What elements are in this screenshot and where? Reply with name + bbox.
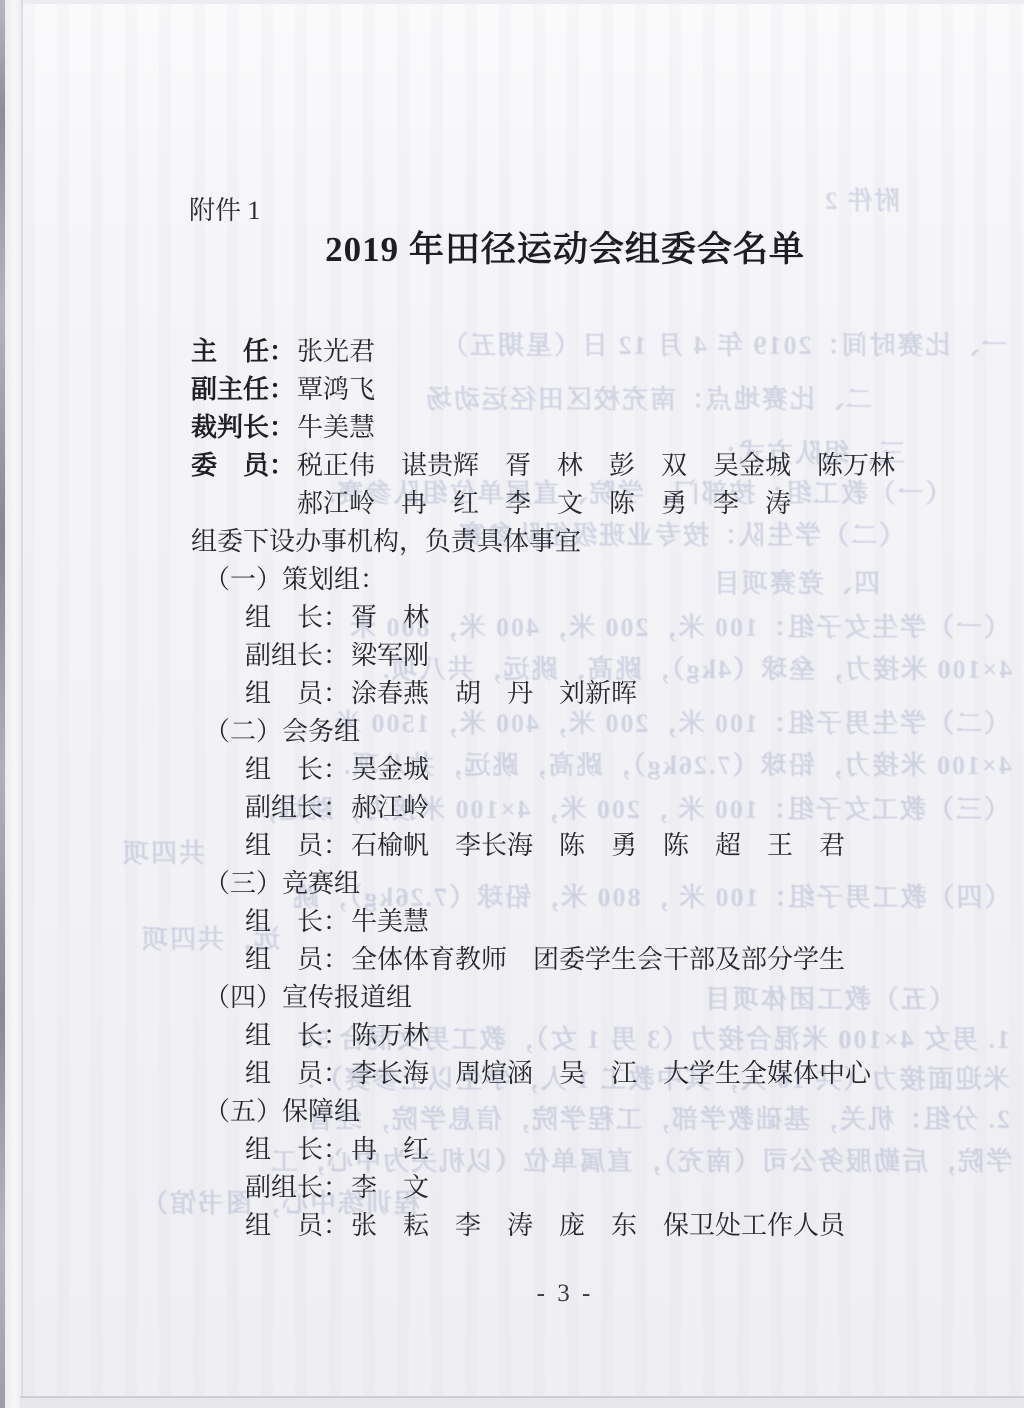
official-row: 副主任：覃鸿飞 (191, 371, 981, 409)
group-members: 胥 林 (351, 603, 429, 632)
official-names: 税正伟 谌贵辉 胥 林 彭 双 吴金城 陈万林 (297, 451, 895, 480)
group-row: 组 长：吴金城 (245, 751, 981, 789)
official-names: 张光君 (297, 337, 375, 366)
group-members: 吴金城 (351, 755, 429, 784)
group-members: 梁军刚 (351, 641, 429, 670)
group-row: 副组长：梁军刚 (245, 637, 981, 675)
group-members: 涂春燕 胡 丹 刘新晖 (351, 679, 637, 708)
group-role-label: 组 员： (245, 1055, 351, 1093)
official-names: 覃鸿飞 (297, 375, 375, 404)
group-heading: （五）保障组 (204, 1093, 981, 1131)
official-row: 郝江岭 冉 红 李 文 陈 勇 李 涛 (191, 485, 981, 523)
scan-area-below-page (20, 1398, 1024, 1408)
group-row: 组 长：冉 红 (245, 1131, 981, 1169)
official-row: 委 员：税正伟 谌贵辉 胥 林 彭 双 吴金城 陈万林 (191, 447, 981, 485)
document-body: 主 任：张光君副主任：覃鸿飞裁判长：牛美慧委 员：税正伟 谌贵辉 胥 林 彭 双… (191, 333, 981, 1245)
document-page: 附件 2一、比赛时间：2019 年 4 月 12 日（星期五）二、比赛地点：南充… (23, 4, 1024, 1396)
group-heading: （一）策划组： (204, 561, 981, 599)
group-role-label: 组 长： (245, 1131, 351, 1169)
attachment-label: 附件 1 (189, 190, 261, 227)
group-members: 石榆帆 李长海 陈 勇 陈 超 王 君 (351, 831, 845, 860)
group-members: 牛美慧 (351, 907, 429, 936)
group-heading: （四）宣传报道组 (204, 979, 981, 1017)
official-role-label: 裁判长： (191, 409, 297, 447)
official-role-label: 主 任： (191, 333, 297, 371)
note-line: 组委下设办事机构，负责具体事宜 (191, 523, 981, 561)
group-row: 组 员：张 耘 李 涛 庞 东 保卫处工作人员 (245, 1207, 981, 1245)
bleed-through-line: 附件 2 (823, 186, 900, 217)
group-row: 组 员：涂春燕 胡 丹 刘新晖 (245, 675, 981, 713)
official-row: 裁判长：牛美慧 (191, 409, 981, 447)
group-members: 张 耘 李 涛 庞 东 保卫处工作人员 (351, 1211, 845, 1240)
group-members: 冉 红 (351, 1135, 429, 1164)
official-role-label: 委 员： (191, 447, 297, 485)
scan-gutter (5, 0, 22, 1408)
group-role-label: 副组长： (245, 1169, 351, 1207)
group-members: 陈万林 (351, 1021, 429, 1050)
group-members: 李长海 周煊涵 吴 江 大学生全媒体中心 (351, 1059, 871, 1088)
groups-block: （一）策划组：组 长：胥 林副组长：梁军刚组 员：涂春燕 胡 丹 刘新晖（二）会… (191, 561, 981, 1245)
group-row: 副组长：郝江岭 (245, 789, 981, 827)
group-row: 副组长：李 文 (245, 1169, 981, 1207)
group-role-label: 组 员： (245, 941, 351, 979)
page-number: - 3 - (191, 1280, 939, 1308)
official-role-label: 副主任： (191, 371, 297, 409)
group-row: 组 长：陈万林 (245, 1017, 981, 1055)
officials-block: 主 任：张光君副主任：覃鸿飞裁判长：牛美慧委 员：税正伟 谌贵辉 胥 林 彭 双… (191, 333, 981, 523)
scanned-document: 附件 2一、比赛时间：2019 年 4 月 12 日（星期五）二、比赛地点：南充… (0, 0, 1024, 1408)
document-title: 2019 年田径运动会组委会名单 (191, 226, 939, 274)
group-role-label: 组 员： (245, 675, 351, 713)
official-row: 主 任：张光君 (191, 333, 981, 371)
group-role-label: 组 员： (245, 1207, 351, 1245)
group-heading: （三）竞赛组 (204, 865, 981, 903)
group-role-label: 组 长： (245, 751, 351, 789)
group-role-label: 组 长： (245, 599, 351, 637)
group-row: 组 员：李长海 周煊涵 吴 江 大学生全媒体中心 (245, 1055, 981, 1093)
group-row: 组 员：全体体育教师 团委学生会干部及部分学生 (245, 941, 981, 979)
group-role-label: 组 员： (245, 827, 351, 865)
group-role-label: 副组长： (245, 789, 351, 827)
group-members: 李 文 (351, 1173, 429, 1202)
official-names: 牛美慧 (297, 413, 375, 442)
group-members: 全体体育教师 团委学生会干部及部分学生 (351, 945, 845, 974)
official-names: 郝江岭 冉 红 李 文 陈 勇 李 涛 (297, 489, 791, 518)
group-row: 组 长：胥 林 (245, 599, 981, 637)
group-heading: （二）会务组 (204, 713, 981, 751)
group-role-label: 副组长： (245, 637, 351, 675)
group-role-label: 组 长： (245, 903, 351, 941)
group-role-label: 组 长： (245, 1017, 351, 1055)
group-row: 组 员：石榆帆 李长海 陈 勇 陈 超 王 君 (245, 827, 981, 865)
group-members: 郝江岭 (351, 793, 429, 822)
group-row: 组 长：牛美慧 (245, 903, 981, 941)
